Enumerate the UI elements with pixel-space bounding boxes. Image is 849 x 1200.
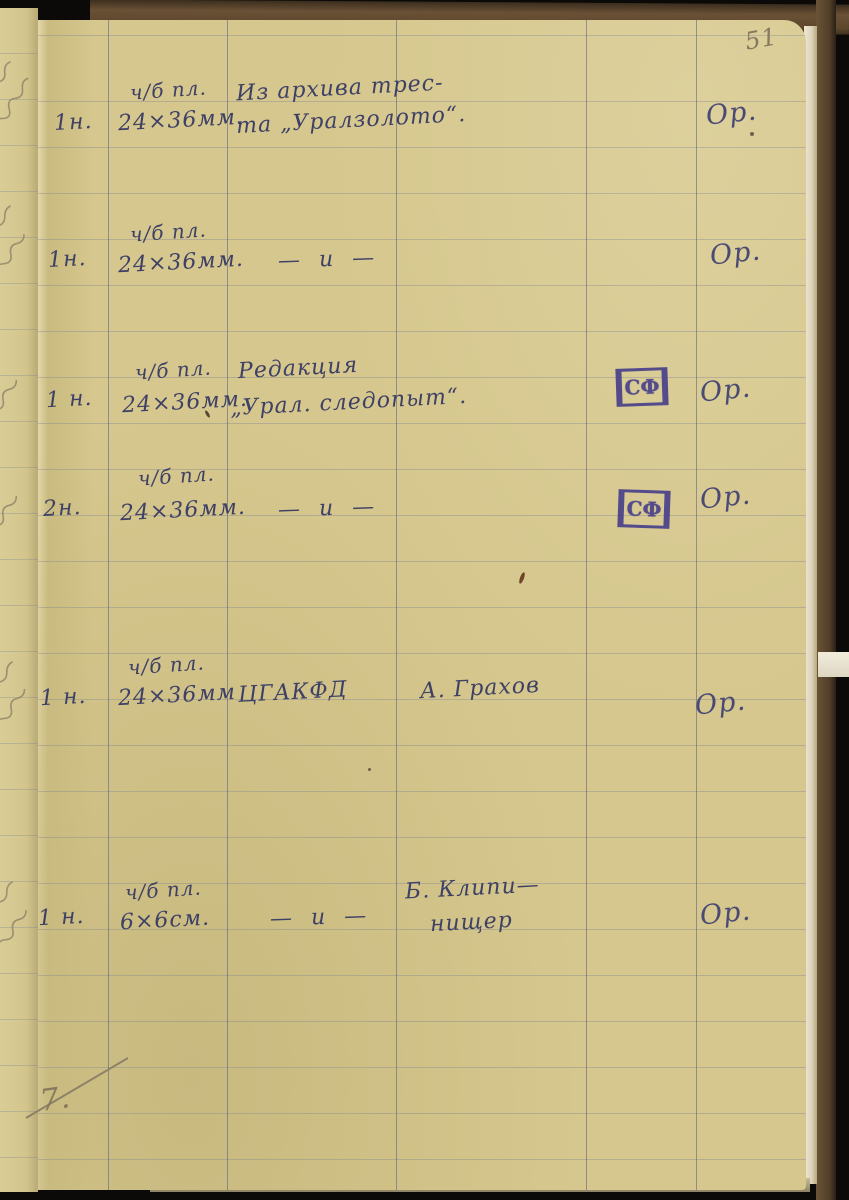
- entry-description: Редакция: [237, 353, 358, 384]
- paper-speck: [750, 132, 754, 136]
- entry-description: та „Уралзолото“.: [236, 102, 467, 139]
- column-divider: [396, 20, 397, 1190]
- entry-film-type: ч/б пл.: [129, 217, 207, 246]
- entry-film-type: ч/б пл.: [124, 875, 202, 904]
- entry-count: 1н.: [47, 246, 87, 273]
- column-divider: [108, 20, 109, 1190]
- entry-size: 24×36мм: [117, 680, 236, 711]
- sf-stamp: СФ: [615, 367, 668, 407]
- entry-size: 24×36мм.: [117, 105, 244, 137]
- entry-mark: Ор.: [699, 372, 753, 408]
- entry-mark: Ор.: [699, 479, 753, 515]
- entry-ditto-mark: — и —: [278, 245, 381, 274]
- entry-author: нищер: [429, 908, 513, 937]
- entry-ditto-mark: — и —: [270, 903, 373, 932]
- previous-page-sliver: [0, 8, 38, 1192]
- entry-size: 6×6см.: [119, 906, 210, 936]
- entry-description: „Урал. следопыт“.: [230, 384, 468, 421]
- entry-count: 1 н.: [45, 386, 93, 413]
- entry-count: 1 н.: [39, 684, 87, 711]
- entry-mark: Ор.: [709, 235, 763, 271]
- entry-description: Из архива трес-: [235, 71, 444, 107]
- entry-count: 1 н.: [37, 904, 85, 931]
- column-divider: [227, 20, 228, 1190]
- paper-speck: [518, 572, 526, 585]
- paper-tab: [818, 652, 849, 677]
- entry-count: 2н.: [42, 495, 82, 522]
- entry-film-type: ч/б пл.: [137, 461, 215, 490]
- column-divider: [586, 20, 587, 1190]
- entry-author: Б. Клипи—: [404, 872, 540, 904]
- entry-ditto-mark: — и —: [278, 494, 381, 523]
- entry-description: ЦГАКФД: [237, 677, 348, 708]
- entry-film-type: ч/б пл.: [127, 650, 205, 679]
- paper-speck: [368, 768, 371, 771]
- bottom-page-mark: 7.: [38, 1080, 73, 1119]
- entry-mark: Ор.: [705, 95, 759, 131]
- column-divider: [696, 20, 697, 1190]
- book-cover-right-edge: [816, 0, 836, 1200]
- entry-film-type: ч/б пл.: [129, 75, 207, 104]
- page-number: 51: [743, 22, 780, 55]
- ledger-page: 51 ч/б пл. 24×36мм. 1н. Из архива трес- …: [38, 20, 806, 1190]
- entry-mark: Ор.: [694, 685, 748, 721]
- entry-film-type: ч/б пл.: [134, 355, 212, 384]
- entry-author: А. Грахов: [419, 673, 540, 704]
- entry-count: 1н.: [53, 109, 93, 136]
- entry-mark: Ор.: [699, 895, 753, 931]
- sf-stamp: СФ: [617, 489, 670, 529]
- entry-size: 24×36мм.: [117, 247, 244, 279]
